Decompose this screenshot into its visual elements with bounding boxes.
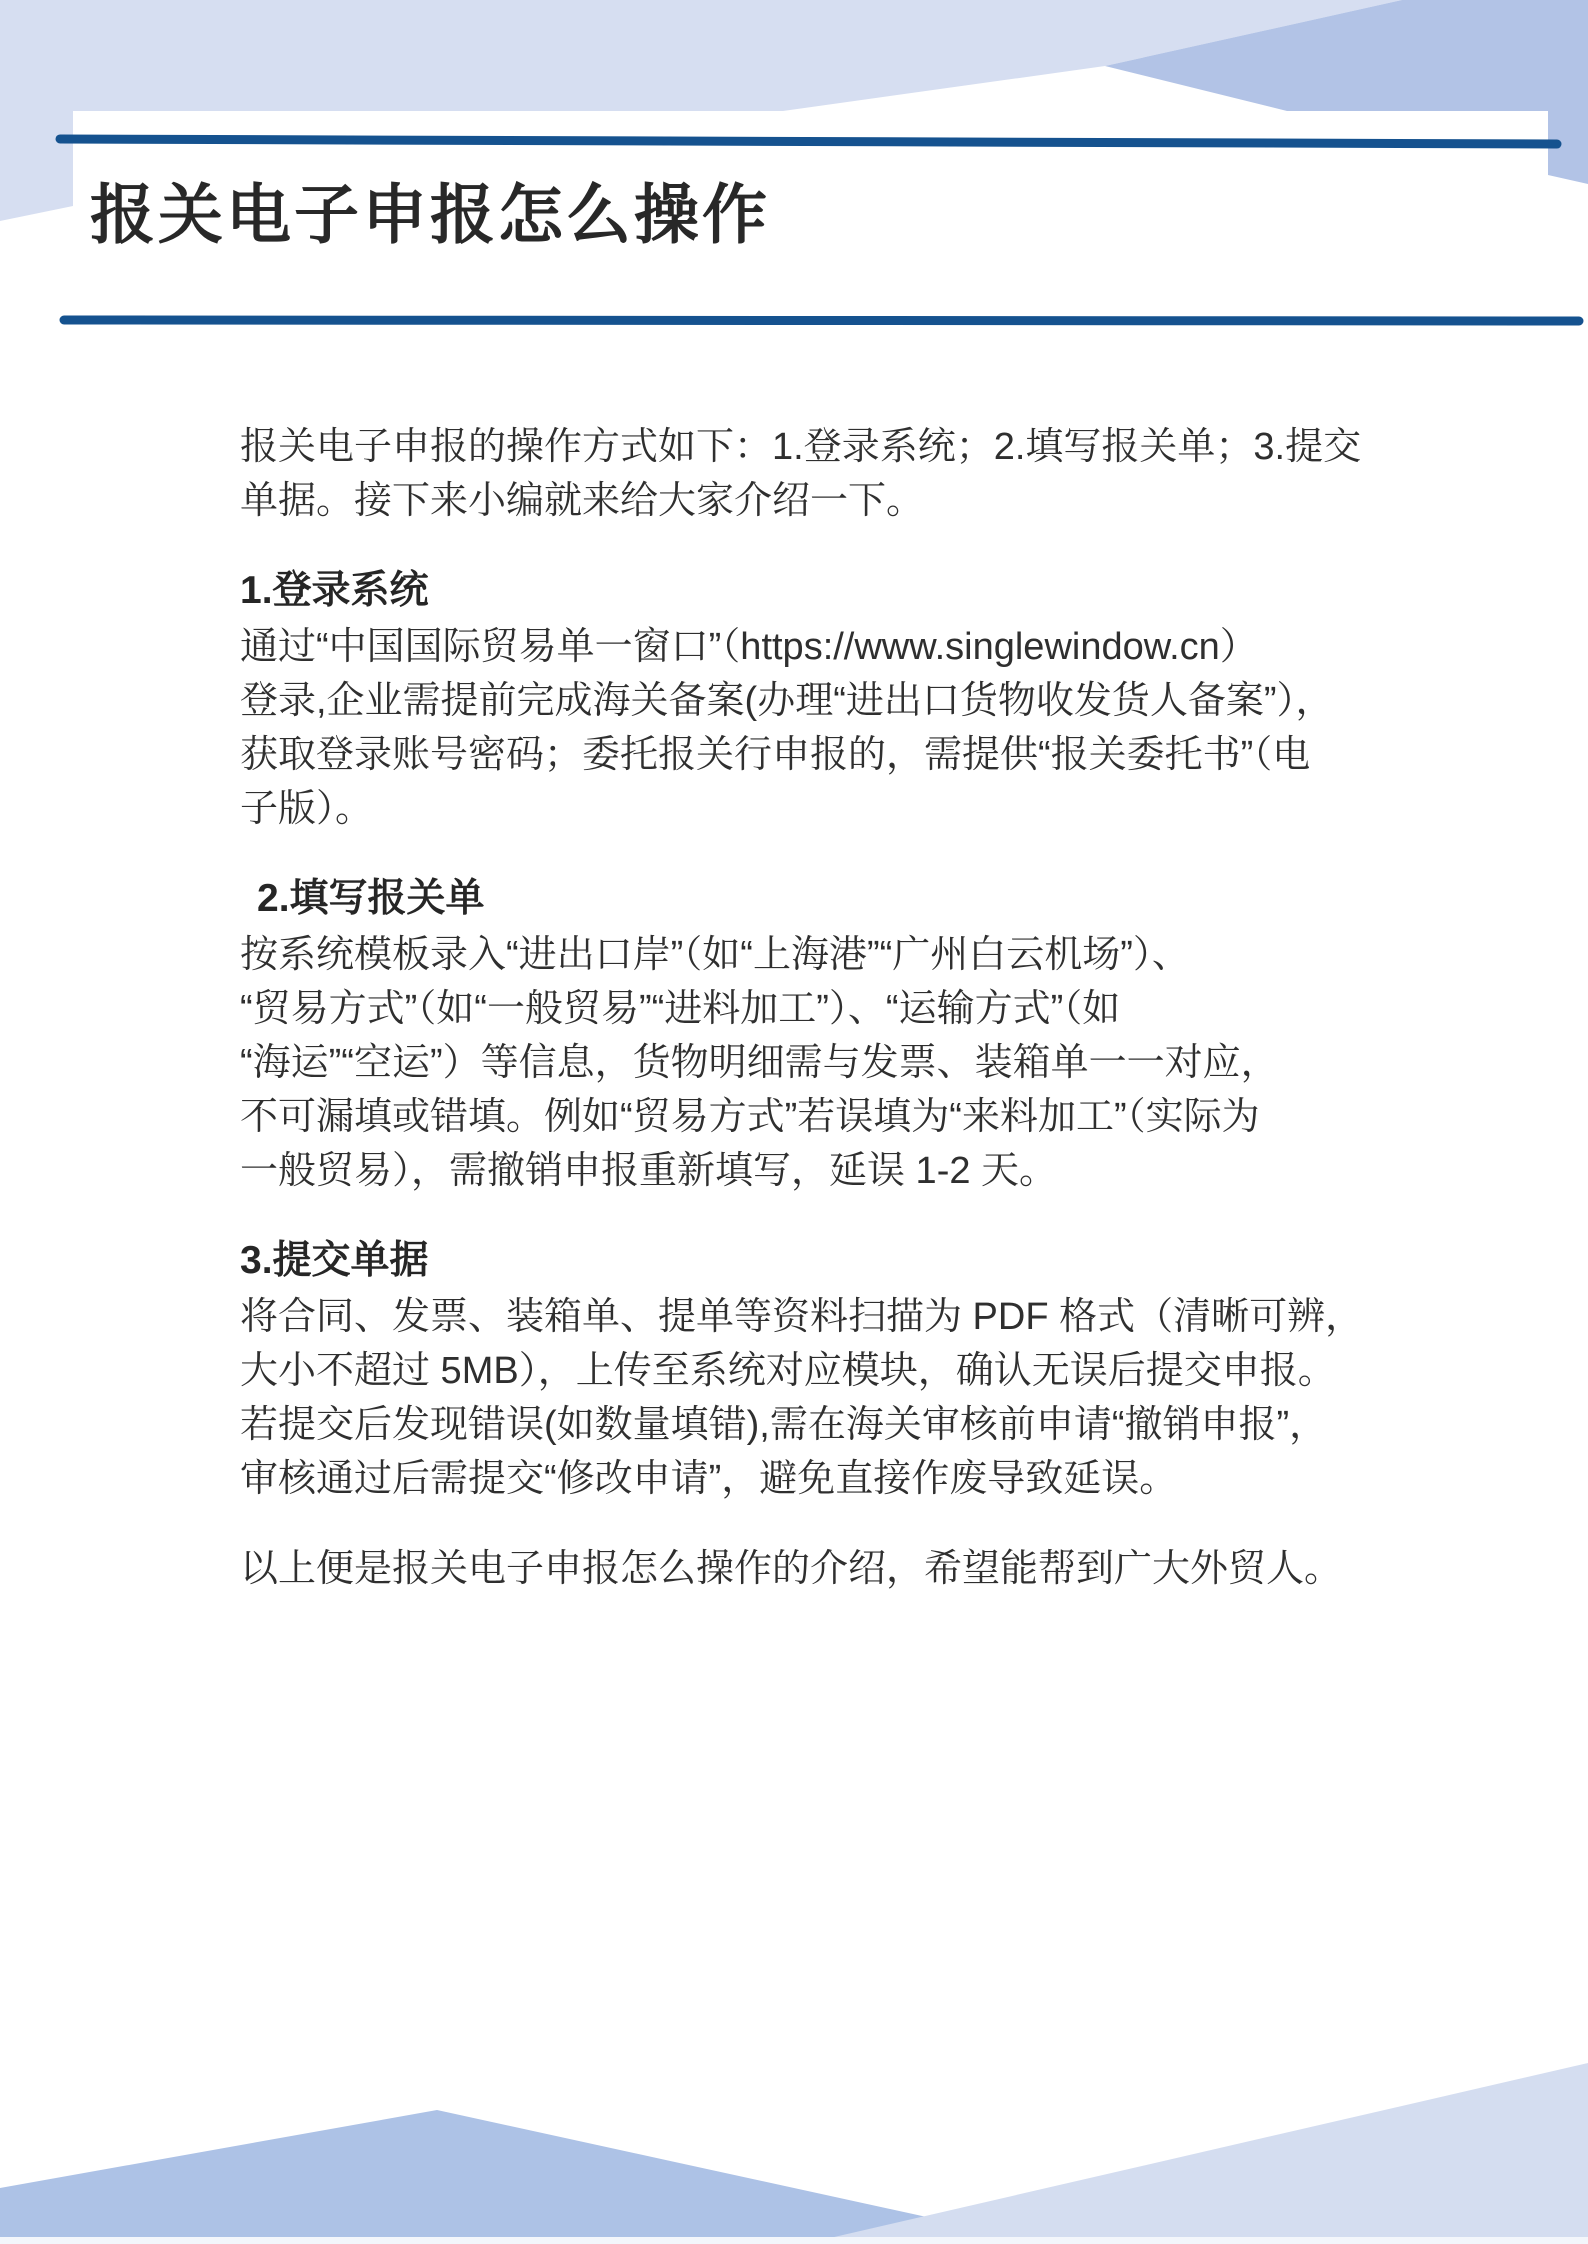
article-body: 报关电子申报的操作方式如下：1.登录系统；2.填写报关单；3.提交 单据。接下来… — [240, 420, 1520, 1596]
footer-right-triangle-shape — [804, 2063, 1588, 2244]
body-line: 不可漏填或错填。例如“贸易方式”若误填为“来料加工”（实际为 — [240, 1090, 1520, 1144]
body-line: 一般贸易），需撤销申报重新填写，延误 1-2 天。 — [240, 1144, 1520, 1198]
body-line: “贸易方式”（如“一般贸易”“进料加工”）、“运输方式”（如 — [240, 982, 1520, 1036]
body-line: 若提交后发现错误(如数量填错),需在海关审核前申请“撤销申报”， — [240, 1398, 1520, 1452]
body-line: 子版）。 — [240, 782, 1520, 836]
section-heading-submit-docs: 3.提交单据 — [240, 1234, 1520, 1288]
closing-line: 以上便是报关电子申报怎么操作的介绍，希望能帮到广大外贸人。 — [240, 1542, 1520, 1596]
intro-line: 报关电子申报的操作方式如下：1.登录系统；2.填写报关单；3.提交 — [240, 420, 1520, 474]
document-page: 报关电子申报怎么操作 报关电子申报的操作方式如下：1.登录系统；2.填写报关单；… — [0, 0, 1588, 2244]
page-title: 报关电子申报怎么操作 — [90, 162, 770, 256]
intro-line: 单据。接下来小编就来给大家介绍一下。 — [240, 474, 1520, 528]
body-line: 按系统模板录入“进出口岸”（如“上海港”“广州白云机场”）、 — [240, 928, 1520, 982]
body-line: 获取登录账号密码；委托报关行申报的，需提供“报关委托书”（电 — [240, 728, 1520, 782]
section-heading-login: 1.登录系统 — [240, 564, 1520, 618]
body-line: 通过“中国国际贸易单一窗口”（https://www.singlewindow.… — [240, 620, 1520, 674]
body-line: 大小不超过 5MB），上传至系统对应模块，确认无误后提交申报。 — [240, 1344, 1520, 1398]
header-rule-top — [60, 139, 1557, 144]
body-line: 审核通过后需提交“修改申请”，避免直接作废导致延误。 — [240, 1452, 1520, 1506]
body-line: 登录,企业需提前完成海关备案(办理“进出口货物收发货人备案”）， — [240, 674, 1520, 728]
section-heading-fill-form: 2.填写报关单 — [240, 872, 1520, 926]
page-bottom-edge-strip — [0, 2237, 1588, 2244]
header-rule-bottom — [64, 320, 1579, 321]
body-line: 将合同、发票、装箱单、提单等资料扫描为 PDF 格式（清晰可辨， — [240, 1290, 1520, 1344]
body-line: “海运”“空运”）等信息，货物明细需与发票、装箱单一一对应， — [240, 1036, 1520, 1090]
